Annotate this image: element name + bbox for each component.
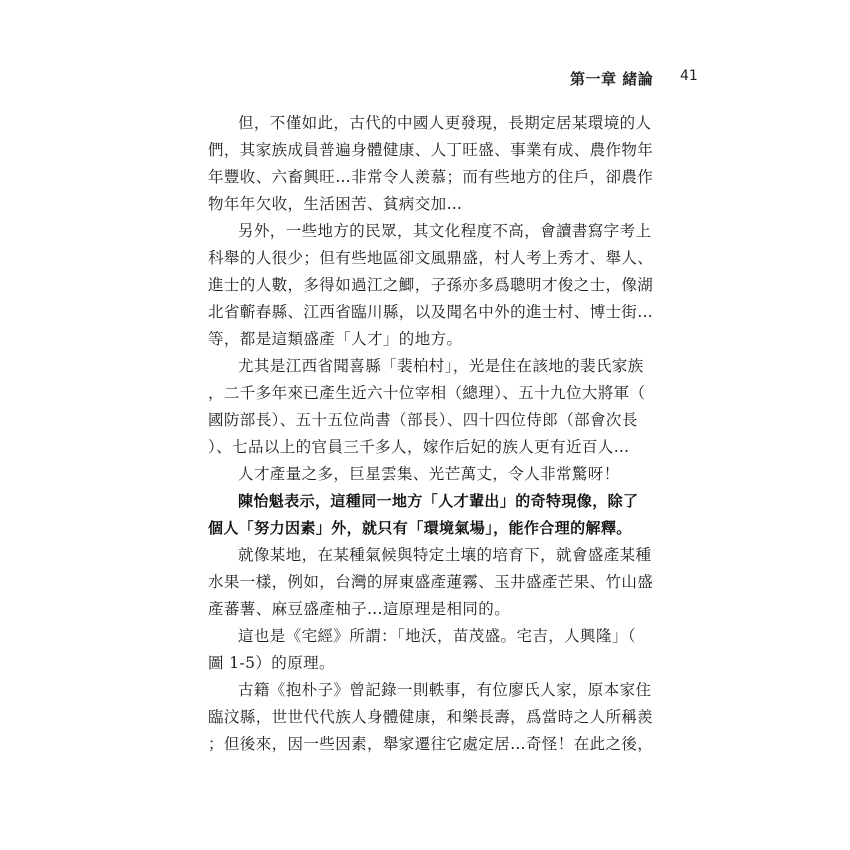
text-line: 年豐收、六畜興旺…非常令人羨慕；而有些地方的住戶，卻農作 xyxy=(208,164,648,191)
text-line: 臨汶縣，世世代代族人身體健康，和樂長壽，爲當時之人所稱羨 xyxy=(208,704,648,731)
text-line: ；但後來，因一些因素，舉家遷往它處定居…奇怪！在此之後， xyxy=(208,731,648,758)
text-line: 水果一樣，例如，台灣的屏東盛產蓮霧、玉井盛產芒果、竹山盛 xyxy=(208,569,648,596)
text-line: 們，其家族成員普遍身體健康、人丁旺盛、事業有成、農作物年 xyxy=(208,137,648,164)
text-line: 這也是《宅經》所謂：「地沃，苗茂盛。宅吉，人興隆」（ xyxy=(208,623,648,650)
text-line: 北省蘄春縣、江西省臨川縣，以及聞名中外的進士村、博士街… xyxy=(208,299,648,326)
running-header: 第一章 緒論 41 xyxy=(560,68,690,88)
text-line: 物年年欠收，生活困苦、貧病交加… xyxy=(208,191,648,218)
text-line: 國防部長）、五十五位尚書（部長）、四十四位侍郎（部會次長 xyxy=(208,407,648,434)
text-line: 圖 1-5）的原理。 xyxy=(208,650,648,677)
text-line: ，二千多年來已產生近六十位宰相（總理）、五十九位大將軍（ xyxy=(208,380,648,407)
chapter-title: 第一章 緒論 xyxy=(570,68,653,89)
text-line: 產蕃薯、麻豆盛產柚子…這原理是相同的。 xyxy=(208,596,648,623)
page-number: 41 xyxy=(680,68,698,84)
text-line: 人才產量之多，巨星雲集、光芒萬丈，令人非常驚呀！ xyxy=(208,461,648,488)
text-line: 另外，一些地方的民眾，其文化程度不高，會讀書寫字考上 xyxy=(208,218,648,245)
text-line: 但，不僅如此，古代的中國人更發現，長期定居某環境的人 xyxy=(208,110,648,137)
body-text: 但，不僅如此，古代的中國人更發現，長期定居某環境的人們，其家族成員普遍身體健康、… xyxy=(208,110,648,758)
text-line: 陳怡魁表示，這種同一地方「人才輩出」的奇特現像，除了 xyxy=(208,488,648,515)
text-line: 古籍《抱朴子》曾記錄一則軼事，有位廖氏人家，原本家住 xyxy=(208,677,648,704)
text-line: 就像某地，在某種氣候與特定土壤的培育下，就會盛產某種 xyxy=(208,542,648,569)
text-line: 進士的人數，多得如過江之鯽，子孫亦多爲聰明才俊之士，像湖 xyxy=(208,272,648,299)
text-line: 個人「努力因素」外，就只有「環境氣場」，能作合理的解釋。 xyxy=(208,515,648,542)
text-line: ）、七品以上的官員三千多人，嫁作后妃的族人更有近百人… xyxy=(208,434,648,461)
text-line: 尤其是江西省聞喜縣「裴柏村」，光是住在該地的裴氏家族 xyxy=(208,353,648,380)
text-line: 科舉的人很少；但有些地區卻文風鼎盛，村人考上秀才、舉人、 xyxy=(208,245,648,272)
text-line: 等，都是這類盛產「人才」的地方。 xyxy=(208,326,648,353)
